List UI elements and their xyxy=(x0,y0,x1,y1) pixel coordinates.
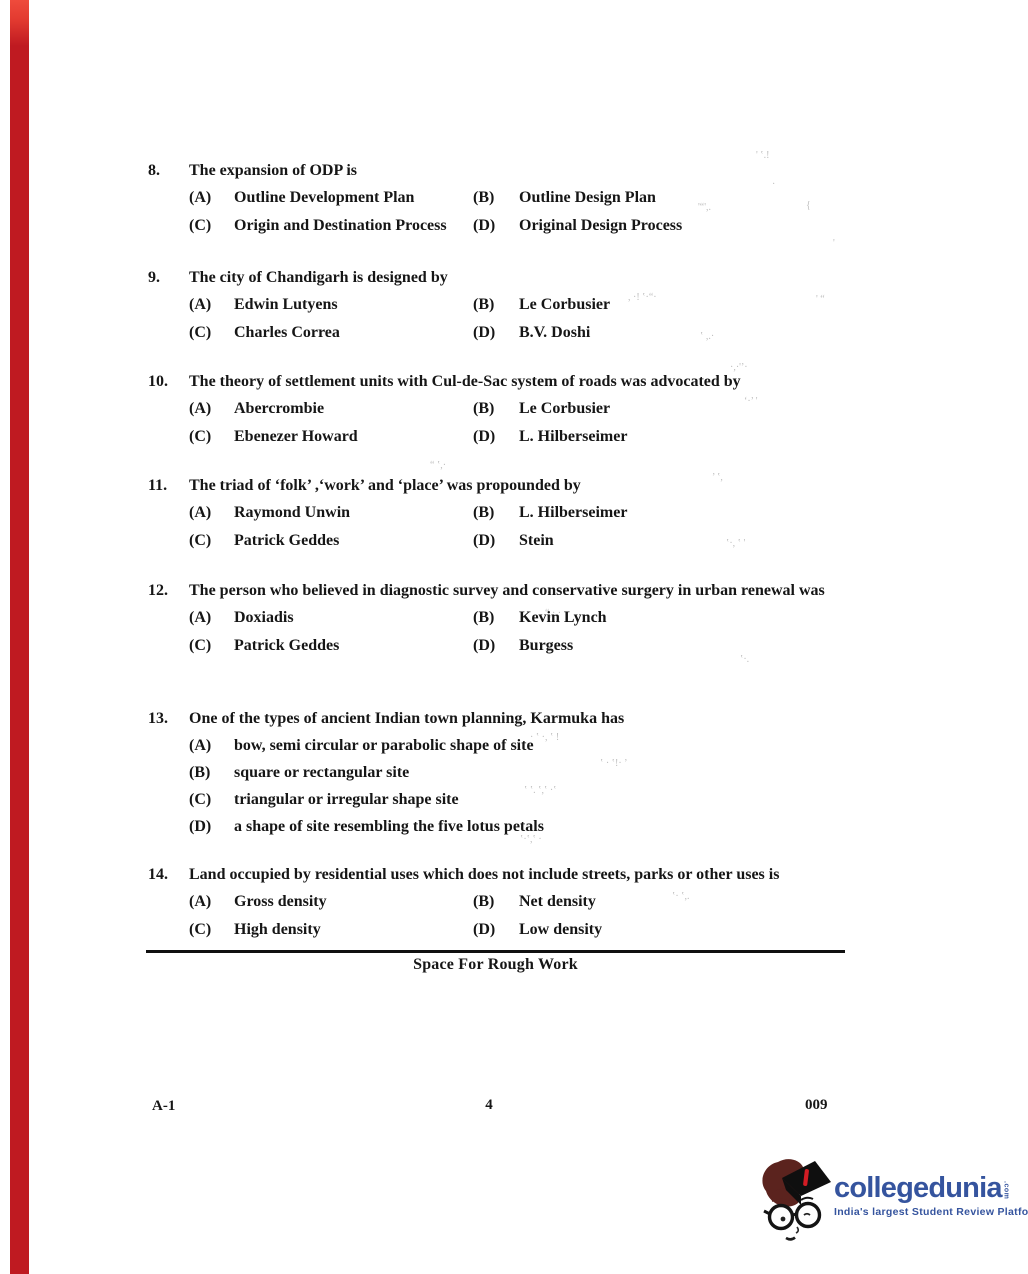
option-text: Net density xyxy=(519,889,596,915)
collegedunia-mascot-icon xyxy=(756,1155,832,1248)
left-red-bar xyxy=(10,0,29,1274)
option-text: L. Hilberseimer xyxy=(519,424,627,450)
paper-code: 009 xyxy=(805,1097,828,1114)
option-text: B.V. Doshi xyxy=(519,320,590,346)
option-row: (A)Edwin Lutyens(B)Le Corbusier xyxy=(148,292,863,319)
option-text: Charles Correa xyxy=(234,320,340,346)
option-letter: (D) xyxy=(473,320,495,346)
rough-work-divider xyxy=(146,950,845,953)
option-letter: (B) xyxy=(189,760,210,786)
question-10: 10.The theory of settlement units with C… xyxy=(148,369,863,450)
option-row: (C)Charles Correa(D)B.V. Doshi xyxy=(148,320,863,347)
collegedunia-tagline: India's largest Student Review Platform xyxy=(834,1206,1028,1218)
option-letter: (D) xyxy=(189,814,211,840)
question-number: 9. xyxy=(148,265,160,291)
option-text: Le Corbusier xyxy=(519,396,610,422)
option-text: Original Design Process xyxy=(519,213,682,239)
option-letter: (C) xyxy=(189,320,211,346)
option-row: (A)Gross density(B)Net density xyxy=(148,889,863,916)
option-letter: (C) xyxy=(189,528,211,554)
scan-noise-mark: ' xyxy=(833,238,835,249)
question-text: Land occupied by residential uses which … xyxy=(189,862,837,888)
option-letter: (C) xyxy=(189,917,211,943)
option-letter: (A) xyxy=(189,292,211,318)
option-text: Abercrombie xyxy=(234,396,324,422)
rough-work-label: Space For Rough Work xyxy=(146,956,845,974)
option-row: (C)Origin and Destination Process(D)Orig… xyxy=(148,213,863,240)
option-text: Kevin Lynch xyxy=(519,605,607,631)
option-row: (A)Doxiadis(B)Kevin Lynch xyxy=(148,605,863,632)
scan-noise-mark: “ ‛,· xyxy=(430,460,446,471)
question-text: The expansion of ODP is xyxy=(189,158,837,184)
collegedunia-tld-text: .com xyxy=(1003,1173,1010,1199)
option-row: (D)a shape of site resembling the five l… xyxy=(148,814,863,840)
option-text: a shape of site resembling the five lotu… xyxy=(234,814,544,840)
page-number: 4 xyxy=(454,1097,524,1114)
option-text: Low density xyxy=(519,917,602,943)
option-text: High density xyxy=(234,917,321,943)
option-text: Ebenezer Howard xyxy=(234,424,358,450)
option-letter: (D) xyxy=(473,213,495,239)
question-text: The person who believed in diagnostic su… xyxy=(189,578,837,604)
option-text: Outline Design Plan xyxy=(519,185,656,211)
option-letter: (A) xyxy=(189,500,211,526)
question-text: One of the types of ancient Indian town … xyxy=(189,706,837,732)
booklet-code: A-1 xyxy=(152,1098,175,1115)
question-text: The city of Chandigarh is designed by xyxy=(189,265,837,291)
option-row: (C)High density(D)Low density xyxy=(148,917,863,944)
option-letter: (A) xyxy=(189,889,211,915)
option-letter: (C) xyxy=(189,633,211,659)
option-letter: (B) xyxy=(473,605,494,631)
option-text: square or rectangular site xyxy=(234,760,409,786)
exam-paper-page: 8.The expansion of ODP is(A)Outline Deve… xyxy=(0,0,1028,1274)
question-14: 14.Land occupied by residential uses whi… xyxy=(148,862,863,943)
option-letter: (D) xyxy=(473,424,495,450)
collegedunia-logo: collegedunia .com India's largest Studen… xyxy=(756,1155,1018,1247)
option-text: Le Corbusier xyxy=(519,292,610,318)
option-row: (B)square or rectangular site xyxy=(148,760,863,786)
option-text: Patrick Geddes xyxy=(234,528,339,554)
option-letter: (D) xyxy=(473,633,495,659)
option-letter: (B) xyxy=(473,396,494,422)
option-letter: (A) xyxy=(189,185,211,211)
option-text: bow, semi circular or parabolic shape of… xyxy=(234,733,534,759)
question-number: 11. xyxy=(148,473,167,499)
question-9: 9.The city of Chandigarh is designed by(… xyxy=(148,265,863,346)
option-text: triangular or irregular shape site xyxy=(234,787,459,813)
question-number: 10. xyxy=(148,369,168,395)
option-letter: (B) xyxy=(473,185,494,211)
question-number: 8. xyxy=(148,158,160,184)
option-letter: (A) xyxy=(189,605,211,631)
option-letter: (D) xyxy=(473,528,495,554)
question-text: The theory of settlement units with Cul-… xyxy=(189,369,837,395)
question-text: The triad of ‘folk’ ,‘work’ and ‘place’ … xyxy=(189,473,837,499)
option-row: (C)Ebenezer Howard(D)L. Hilberseimer xyxy=(148,424,863,451)
question-number: 12. xyxy=(148,578,168,604)
option-letter: (D) xyxy=(473,917,495,943)
option-text: Patrick Geddes xyxy=(234,633,339,659)
option-text: L. Hilberseimer xyxy=(519,500,627,526)
option-letter: (B) xyxy=(473,292,494,318)
question-12: 12.The person who believed in diagnostic… xyxy=(148,578,863,659)
option-text: Burgess xyxy=(519,633,573,659)
option-text: Raymond Unwin xyxy=(234,500,350,526)
option-text: Outline Development Plan xyxy=(234,185,414,211)
option-text: Origin and Destination Process xyxy=(234,213,447,239)
collegedunia-brand-text: collegedunia xyxy=(834,1173,1002,1203)
option-letter: (A) xyxy=(189,396,211,422)
option-letter: (C) xyxy=(189,424,211,450)
option-text: Edwin Lutyens xyxy=(234,292,338,318)
option-letter: (A) xyxy=(189,733,211,759)
option-row: (C)Patrick Geddes(D)Stein xyxy=(148,528,863,555)
option-row: (A)bow, semi circular or parabolic shape… xyxy=(148,733,863,759)
option-row: (C)Patrick Geddes(D)Burgess xyxy=(148,633,863,660)
option-text: Gross density xyxy=(234,889,327,915)
question-number: 14. xyxy=(148,862,168,888)
option-letter: (C) xyxy=(189,787,211,813)
collegedunia-wordmark: collegedunia .com India's largest Studen… xyxy=(834,1155,1028,1218)
option-letter: (B) xyxy=(473,889,494,915)
question-13: 13.One of the types of ancient Indian to… xyxy=(148,706,863,840)
option-row: (A)Abercrombie(B)Le Corbusier xyxy=(148,396,863,423)
question-11: 11.The triad of ‘folk’ ,‘work’ and ‘plac… xyxy=(148,473,863,554)
option-text: Doxiadis xyxy=(234,605,294,631)
option-row: (A)Raymond Unwin(B)L. Hilberseimer xyxy=(148,500,863,527)
question-8: 8.The expansion of ODP is(A)Outline Deve… xyxy=(148,158,863,239)
question-number: 13. xyxy=(148,706,168,732)
option-letter: (C) xyxy=(189,213,211,239)
option-row: (C)triangular or irregular shape site xyxy=(148,787,863,813)
option-text: Stein xyxy=(519,528,554,554)
option-row: (A)Outline Development Plan(B)Outline De… xyxy=(148,185,863,212)
option-letter: (B) xyxy=(473,500,494,526)
